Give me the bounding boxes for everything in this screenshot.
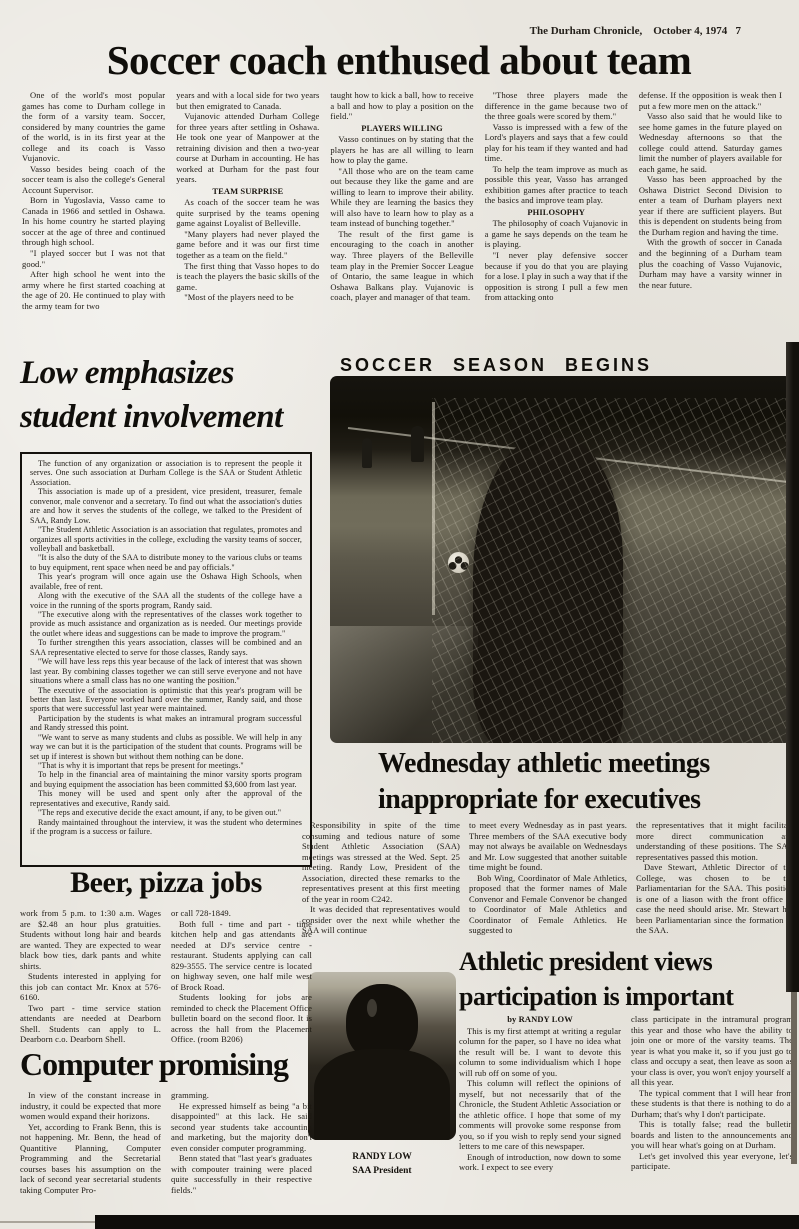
caption-line: RANDY LOW [308,1150,456,1164]
player-silhouette [411,426,424,462]
article-column: work from 5 p.m. to 1:30 a.m. Wages are … [20,908,161,1045]
grass-highlight [330,626,478,743]
byline: by RANDY LOW [459,1014,621,1025]
article-column: class participate in the intramural prog… [631,1014,793,1172]
article-column: One of the world's most popular games ha… [22,90,165,311]
article-column: Responsibility in spite of the time cons… [302,820,460,936]
article-column: to meet every Wednesday as in past years… [469,820,627,936]
beer-article-headline: Beer, pizza jobs [20,868,312,898]
article-column: years and with a local side for two year… [176,90,319,303]
article-column: The function of any organization or asso… [30,459,302,860]
soccer-article-columns: One of the world's most popular games ha… [22,90,782,344]
soccer-photo-kicker: SOCCER SEASON BEGINS [340,355,652,376]
scan-artifact-bottom-bar [95,1215,799,1229]
meetings-article-columns: Responsibility in spite of the time cons… [302,820,794,936]
scan-artifact-right-bar [786,342,799,992]
headline-line: Athletic president views [459,944,795,979]
masthead: The Durham Chronicle, October 4, 1974 7 [530,25,741,37]
headline-line: participation is important [459,979,795,1014]
low-article-box: The function of any organization or asso… [20,452,312,867]
column-paragraphs: This is my first attempt at writing a re… [459,1026,621,1173]
athletic-article-headline: Athletic president views participation i… [459,944,795,1014]
beer-article-columns: work from 5 p.m. to 1:30 a.m. Wages are … [20,908,312,1044]
caption-line: SAA President [308,1164,456,1178]
computer-article-columns: In view of the constant increase in indu… [20,1090,312,1226]
player-silhouette [362,438,372,468]
headline-line: inappropriate for executives [378,782,794,818]
athletic-article-columns: by RANDY LOW This is my first attempt at… [459,1014,793,1226]
article-column: In view of the constant increase in indu… [20,1090,161,1195]
article-column: gramming.He expressed himself as being "… [171,1090,312,1195]
article-column: "Those three players made the difference… [485,90,628,303]
headline-line: Wednesday athletic meetings [378,746,794,782]
headline-line: Low emphasizes [20,352,316,396]
portrait-shoulders [314,1049,450,1140]
goal-net [432,398,792,743]
low-article-headline: Low emphasizes student involvement [20,352,316,439]
article-column: taught how to kick a ball, how to receiv… [330,90,473,303]
article-column: the representatives that it might facili… [636,820,794,936]
soccer-field-photo [330,376,792,743]
article-column: or call 728-1849.Both full - time and pa… [171,908,312,1045]
randy-low-photo [308,972,456,1140]
meetings-article-headline: Wednesday athletic meetings inappropriat… [378,746,794,819]
computer-article-headline: Computer promising [20,1048,312,1080]
article-column: defense. If the opposition is weak then … [639,90,782,290]
article-column: by RANDY LOW This is my first attempt at… [459,1014,621,1173]
randy-photo-caption: RANDY LOW SAA President [308,1150,456,1179]
headline-line: student involvement [20,396,316,440]
soccer-article-headline: Soccer coach enthused about team [38,40,760,81]
scan-artifact-right-line [791,992,797,1164]
scan-artifact-bottom-rule [0,1221,95,1223]
